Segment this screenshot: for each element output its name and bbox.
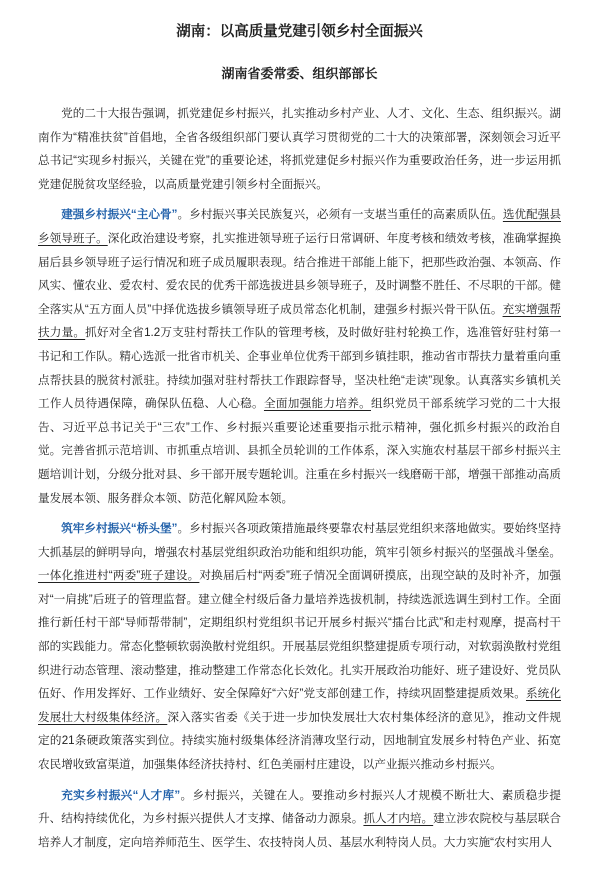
paragraph-lead-heading: 充实乡村振兴“人才库”: [61, 789, 180, 802]
paragraph: 充实乡村振兴“人才库”。乡村振兴，关键在人。要推动乡村振兴人才规模不断壮大、素质…: [38, 784, 561, 855]
document-subtitle: 湖南省委常委、组织部部长: [38, 63, 561, 84]
paragraph: 党的二十大报告强调，抓党建促乡村振兴，扎实推动乡村产业、人才、文化、生态、组织振…: [38, 102, 561, 196]
paragraph-lead-heading: 筑牢乡村振兴“桥头堡”: [61, 522, 177, 535]
document-title: 湖南：以高质量党建引领乡村全面振兴: [38, 21, 561, 43]
paragraph: 筑牢乡村振兴“桥头堡”。乡村振兴各项政策措施最终要靠农村基层党组织来落地做实。要…: [38, 517, 561, 777]
text-run: 。乡村振兴事关民族复兴，必须有一支堪当重任的高素质队伍。: [177, 208, 502, 221]
document-page: 湖南：以高质量党建引领乡村全面振兴 湖南省委常委、组织部部长 党的二十大报告强调…: [0, 0, 599, 869]
article-body: 党的二十大报告强调，抓党建促乡村振兴，扎实推动乡村产业、人才、文化、生态、组织振…: [38, 102, 561, 854]
underlined-phrase: 一体化推进村“两委”班子建设。: [38, 569, 199, 582]
paragraph-lead-heading: 建强乡村振兴“主心骨”: [61, 208, 177, 221]
text-run: 深化政治建设考察，扎实推进领导班子运行日常调研、年度考核和绩效考核，准确掌握换届…: [38, 232, 561, 316]
text-run: 组织党员干部系统学习党的二十大报告、习近平总书记关于“三农”工作、乡村振兴重要论…: [38, 397, 561, 504]
paragraph: 建强乡村振兴“主心骨”。乡村振兴事关民族复兴，必须有一支堪当重任的高素质队伍。选…: [38, 203, 561, 510]
underlined-phrase: 抓人才内培。: [363, 812, 433, 825]
text-run: 对换届后村“两委”班子情况全面调研摸底，出现空缺的及时补齐，加强对“一肩挑”后班…: [38, 569, 561, 700]
text-run: 党的二十大报告强调，抓党建促乡村振兴，扎实推动乡村产业、人才、文化、生态、组织振…: [38, 107, 561, 191]
underlined-phrase: 全面加强能力培养。: [264, 397, 371, 410]
